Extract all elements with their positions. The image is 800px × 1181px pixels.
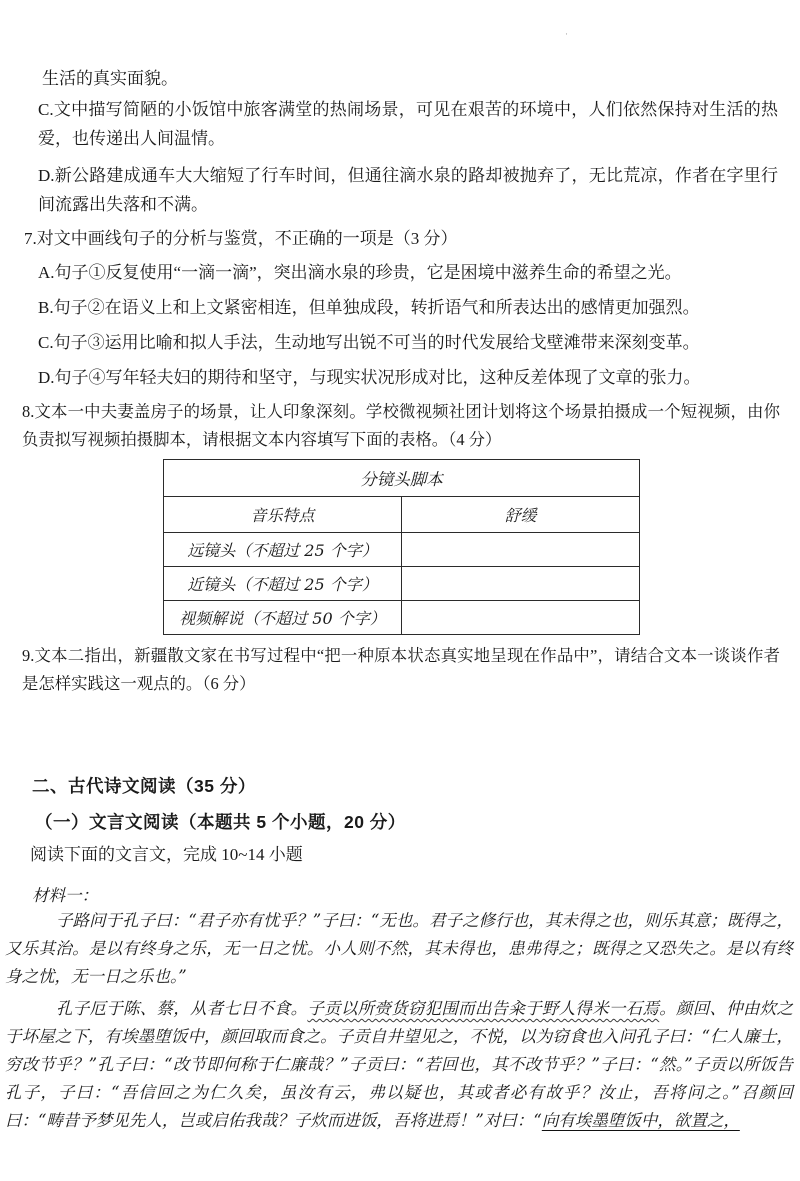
q7-option-c: C.句子③运用比喻和拟人手法，生动地写出锐不可当的时代发展给戈壁滩带来深刻变革。 [38,332,700,354]
reading-instruction: 阅读下面的文言文，完成 10~14 小题 [30,840,303,869]
classical-passage-paragraph-1: 子路问于孔子曰：“君子亦有忧乎？”子曰：“无也。君子之修行也，其未得之也，则乐其… [5,907,793,991]
stray-scan-mark: · [565,30,568,39]
table-row: 视频解说（不超过 50 个字） [164,601,640,635]
table-cell-close-shot-value [402,567,640,601]
passage2-plain-text: 孔子厄于陈、蔡，从者七日不食。 [56,999,307,1018]
q9-stem: 9.文本二指出，新疆散文家在书写过程中“把一种原本状态真实地呈现在作品中”，请结… [22,642,780,698]
material-one-label: 材料一： [32,882,98,906]
subsection-heading: （一）文言文阅读（本题共 5 个小题，20 分） [35,809,406,834]
exam-paper-page: · 生活的真实面貌。 C.文中描写简陋的小饭馆中旅客满堂的热闹场景，可见在艰苦的… [0,0,800,1181]
section-heading: 二、古代诗文阅读（35 分） [32,773,256,798]
table-row-header: 音乐特点 舒缓 [164,497,640,533]
q6-option-d: D.新公路建成通车大大缩短了行车时间，但通往滴水泉的路却被抛弃了，无比荒凉，作者… [38,161,778,219]
q7-stem: 7.对文中画线句子的分析与鉴赏，不正确的一项是（3 分） [24,224,458,253]
q7-option-a: A.句子①反复使用“一滴一滴”，突出滴水泉的珍贵，它是困境中滋养生命的希望之光。 [38,262,682,284]
table-cell-narration-value [402,601,640,635]
table-row-title: 分镜头脚本 [164,460,640,497]
table-cell-far-shot-value [402,533,640,567]
table-cell-music-value: 舒缓 [402,497,640,533]
q7-option-d: D.句子④写年轻夫妇的期待和坚守，与现实状况形成对比，这种反差体现了文章的张力。 [38,367,701,389]
classical-passage-paragraph-2: 孔子厄于陈、蔡，从者七日不食。子贡以所赍货窃犯围而出告籴于野人得米一石焉。颜回、… [5,995,793,1135]
q6-option-b-continuation: 生活的真实面貌。 [42,64,178,93]
q8-stem: 8.文本一中夫妻盖房子的场景，让人印象深刻。学校微视频社团计划将这个场景拍摄成一… [22,398,780,454]
storyboard-table: 分镜头脚本 音乐特点 舒缓 远镜头（不超过 25 个字） 近镜头（不超过 25 … [163,459,640,635]
q6-option-c: C.文中描写简陋的小饭馆中旅客满堂的热闹场景，可见在艰苦的环境中，人们依然保持对… [38,95,778,153]
passage2-solid-underlined-sentence: 向有埃墨堕饭中，欲置之， [542,1111,740,1130]
passage2-wavy-underlined-sentence: 子贡以所赍货窃犯围而出告籴于野人得米一石焉 [307,999,659,1018]
table-cell-close-shot-label: 近镜头（不超过 25 个字） [164,567,402,601]
table-title-cell: 分镜头脚本 [164,460,640,497]
q7-option-b: B.句子②在语义上和上文紧密相连，但单独成段，转折语气和所表达出的感情更加强烈。 [38,297,700,319]
table-cell-narration-label: 视频解说（不超过 50 个字） [164,601,402,635]
table-row: 近镜头（不超过 25 个字） [164,567,640,601]
table-cell-music-label: 音乐特点 [164,497,402,533]
table-cell-far-shot-label: 远镜头（不超过 25 个字） [164,533,402,567]
table-row: 远镜头（不超过 25 个字） [164,533,640,567]
